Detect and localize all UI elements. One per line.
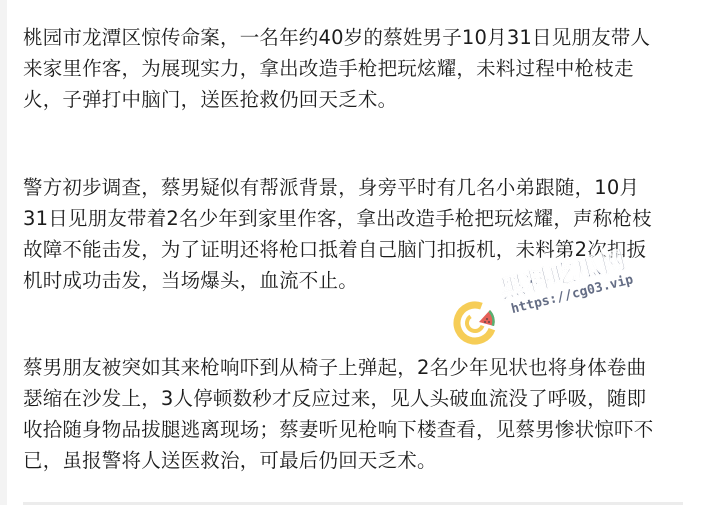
paragraph-line: 31日见朋友带着2名少年到家里作客，拿出改造手枪把玩炫耀，声称枪枝 bbox=[23, 203, 652, 234]
paragraph-line: 收拾随身物品拔腿逃离现场；蔡妻听见枪响下楼查看，见蔡男惨状惊吓不 bbox=[23, 414, 653, 445]
paragraph-2: 警方初步调查，蔡男疑似有帮派背景，身旁平时有几名小弟跟随，10月 31日见朋友带… bbox=[23, 172, 652, 296]
paragraph-line: 故障不能击发，为了证明还将枪口抵着自己脑门扣扳机，未料第2次扣扳 bbox=[23, 234, 652, 265]
left-gutter bbox=[0, 0, 7, 505]
watermelon-c-logo-icon bbox=[452, 300, 498, 346]
paragraph-line: 瑟缩在沙发上，3人停顿数秒才反应过来，见人头破血流没了呼吸，随即 bbox=[23, 383, 653, 414]
paragraph-3: 蔡男朋友被突如其来枪响吓到从椅子上弹起，2名少年见状也将身体卷曲 瑟缩在沙发上，… bbox=[23, 352, 653, 476]
paragraph-1: 桃园市龙潭区惊传命案，一名年约40岁的蔡姓男子10月31日见朋友带人 来家里作客… bbox=[23, 22, 650, 115]
paragraph-line: 已，虽报警将人送医救治，可最后仍回天乏术。 bbox=[23, 445, 653, 476]
paragraph-line: 桃园市龙潭区惊传命案，一名年约40岁的蔡姓男子10月31日见朋友带人 bbox=[23, 22, 650, 53]
paragraph-line: 火，子弹打中脑门，送医抢救仍回天乏术。 bbox=[23, 84, 650, 115]
paragraph-line: 机时成功击发，当场爆头，血流不止。 bbox=[23, 265, 652, 296]
paragraph-line: 警方初步调查，蔡男疑似有帮派背景，身旁平时有几名小弟跟随，10月 bbox=[23, 172, 652, 203]
paragraph-line: 蔡男朋友被突如其来枪响吓到从椅子上弹起，2名少年见状也将身体卷曲 bbox=[23, 352, 653, 383]
paragraph-line: 来家里作客，为展现实力，拿出改造手枪把玩炫耀，未料过程中枪枝走 bbox=[23, 53, 650, 84]
